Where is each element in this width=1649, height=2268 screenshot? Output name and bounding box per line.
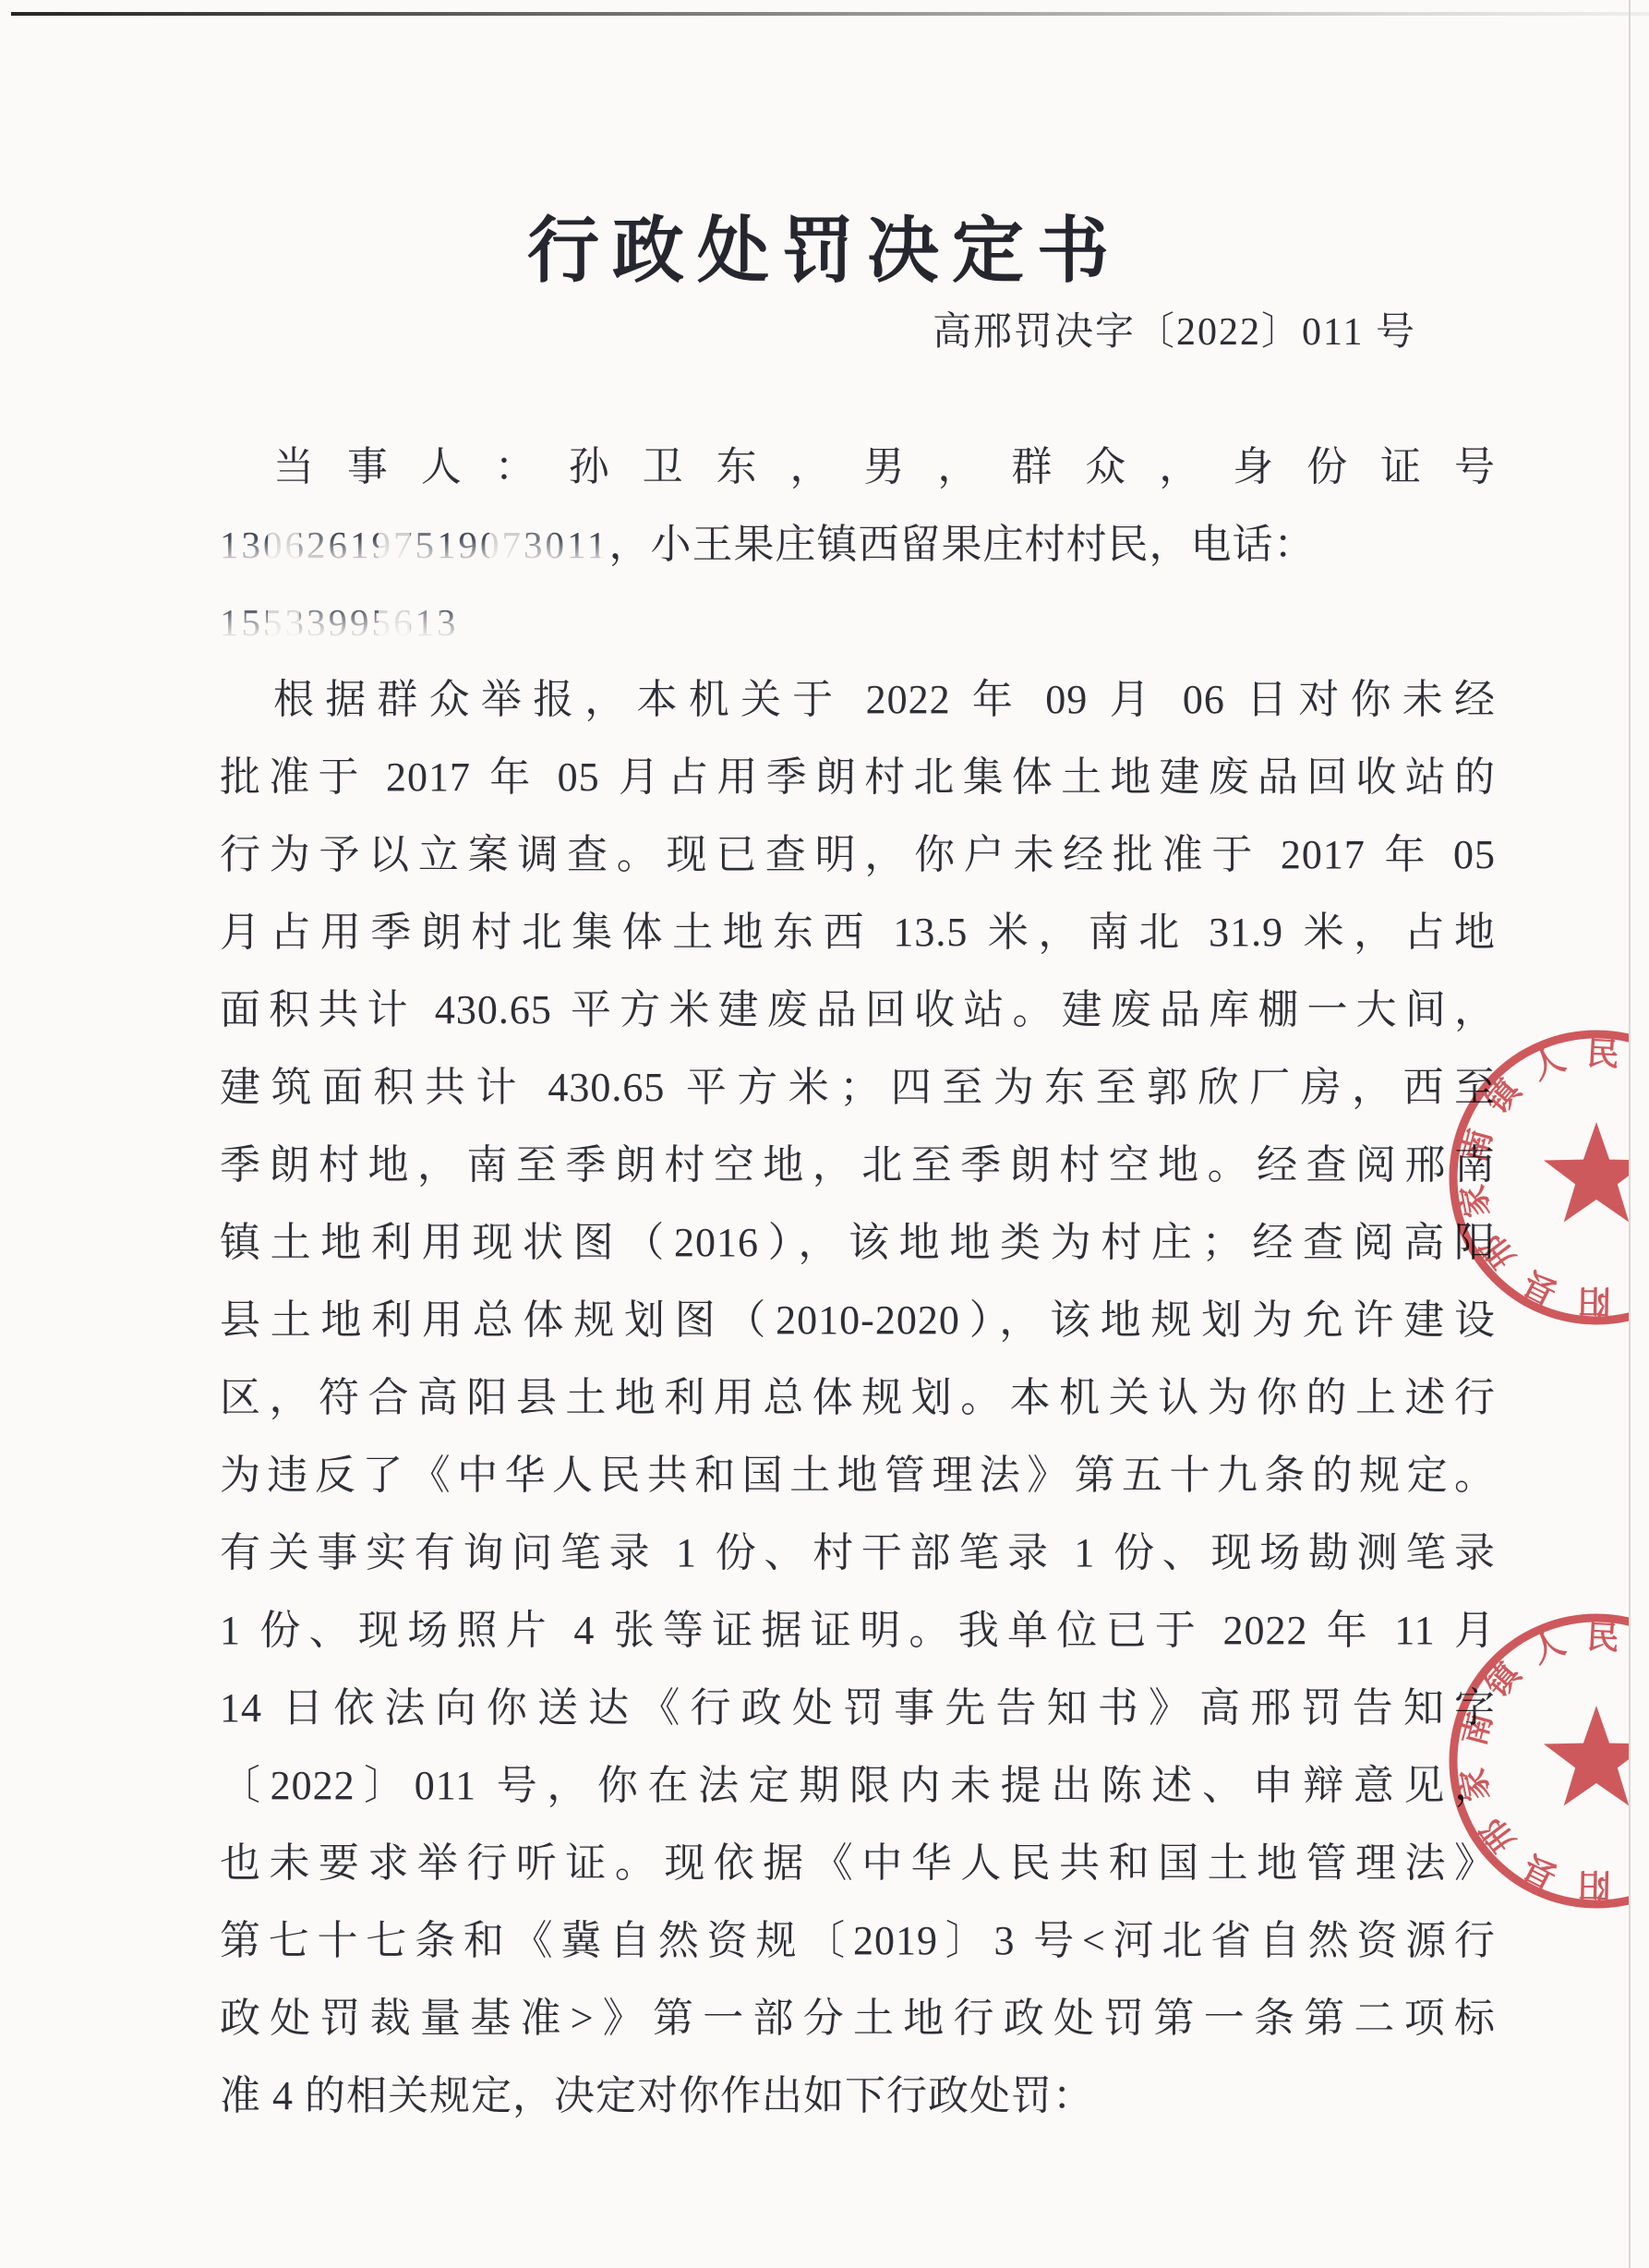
svg-text:人: 人 — [1526, 1624, 1570, 1671]
body-line: 建筑面积共计 430.65 平方米；四至为东至郭欣厂房，西至 — [220, 1049, 1496, 1127]
body-line: 镇土地利用现状图（2016），该地地类为村庄；经查阅高阳 — [220, 1204, 1496, 1282]
document-number: 高邢罚决字〔2022〕011 号 — [0, 305, 1649, 360]
body-line: 季朗村地，南至季朗村空地，北至季朗村空地。经查阅邢南 — [220, 1127, 1496, 1204]
body-line: 有关事实有询问笔录 1 份、村干部笔录 1 份、现场勘测笔录 — [220, 1514, 1496, 1592]
svg-text:阳: 阳 — [1578, 1866, 1611, 1903]
party-address-text: ，小王果庄镇西留果庄村村民，电话： — [608, 522, 1315, 567]
party-id-line: 130626197519073011，小王果庄镇西留果庄村村民，电话： — [220, 506, 1496, 584]
body-line: 1 份、现场照片 4 张等证据证明。我单位已于 2022 年 11 月 — [220, 1592, 1496, 1670]
body-line: 〔2022〕011 号，你在法定期限内未提出陈述、申辩意见， — [220, 1747, 1496, 1825]
svg-text:县: 县 — [1518, 1264, 1563, 1311]
svg-text:县: 县 — [1518, 1848, 1563, 1895]
svg-text:阳: 阳 — [1578, 1283, 1611, 1320]
body-line: 为违反了《中华人民共和国土地管理法》第五十九条的规定。 — [220, 1437, 1496, 1514]
body-line: 面积共计 430.65 平方米建废品回收站。建废品库棚一大间， — [220, 971, 1496, 1049]
body-line: 政处罚裁量基准>》第一部分土地行政处罚第一条第二项标 — [220, 1980, 1496, 2057]
scanned-document-page: 行政处罚决定书 高邢罚决字〔2022〕011 号 当 事 人 ： 孙 卫 东 ，… — [0, 0, 1649, 2268]
body-line: 根据群众举报，本机关于 2022 年 09 月 06 日对你未经 — [220, 661, 1496, 739]
svg-text:人: 人 — [1526, 1041, 1570, 1087]
paper-edge-line — [1629, 0, 1631, 2268]
body-line: 县土地利用总体规划图（2010-2020），该地规划为允许建设 — [220, 1282, 1496, 1359]
body-line: 批准于 2017 年 05 月占用季朗村北集体土地建废品回收站的 — [220, 739, 1496, 816]
document-title: 行政处罚决定书 — [0, 207, 1649, 296]
body-line: 行为予以立案调查。现已查明，你户未经批准于 2017 年 05 — [220, 816, 1496, 894]
scan-edge-artifact — [11, 12, 1649, 16]
body-line: 区，符合高阳县土地利用总体规划。本机关认为你的上述行 — [220, 1359, 1496, 1437]
body-line: 月占用季朗村北集体土地东西 13.5 米，南北 31.9 米，占地 — [220, 894, 1496, 971]
body-line: 第七十七条和《冀自然资规〔2019〕3 号<河北省自然资源行 — [220, 1902, 1496, 1980]
body-line: 14 日依法向你送达《行政处罚事先告知书》高邢罚告知字 — [220, 1670, 1496, 1747]
id-number-redacted: 130626197519073011 — [220, 506, 608, 584]
seal-star — [1544, 1706, 1629, 1806]
seal-star — [1544, 1122, 1629, 1223]
body-line: 准 4 的相关规定，决定对你作出如下行政处罚： — [220, 2057, 1496, 2135]
svg-text:民: 民 — [1585, 1035, 1619, 1073]
body-line: 也未要求举行听证。现依据《中华人民共和国土地管理法》 — [220, 1825, 1496, 1902]
party-line: 当 事 人 ： 孙 卫 东 ， 男 ， 群 众 ， 身 份 证 号 — [220, 428, 1496, 506]
document-body: 当 事 人 ： 孙 卫 东 ， 男 ， 群 众 ， 身 份 证 号 130626… — [220, 428, 1496, 2135]
svg-text:民: 民 — [1585, 1619, 1619, 1657]
party-phone-line: 15533995613 — [220, 584, 1496, 661]
phone-number-redacted: 15533995613 — [220, 584, 459, 661]
